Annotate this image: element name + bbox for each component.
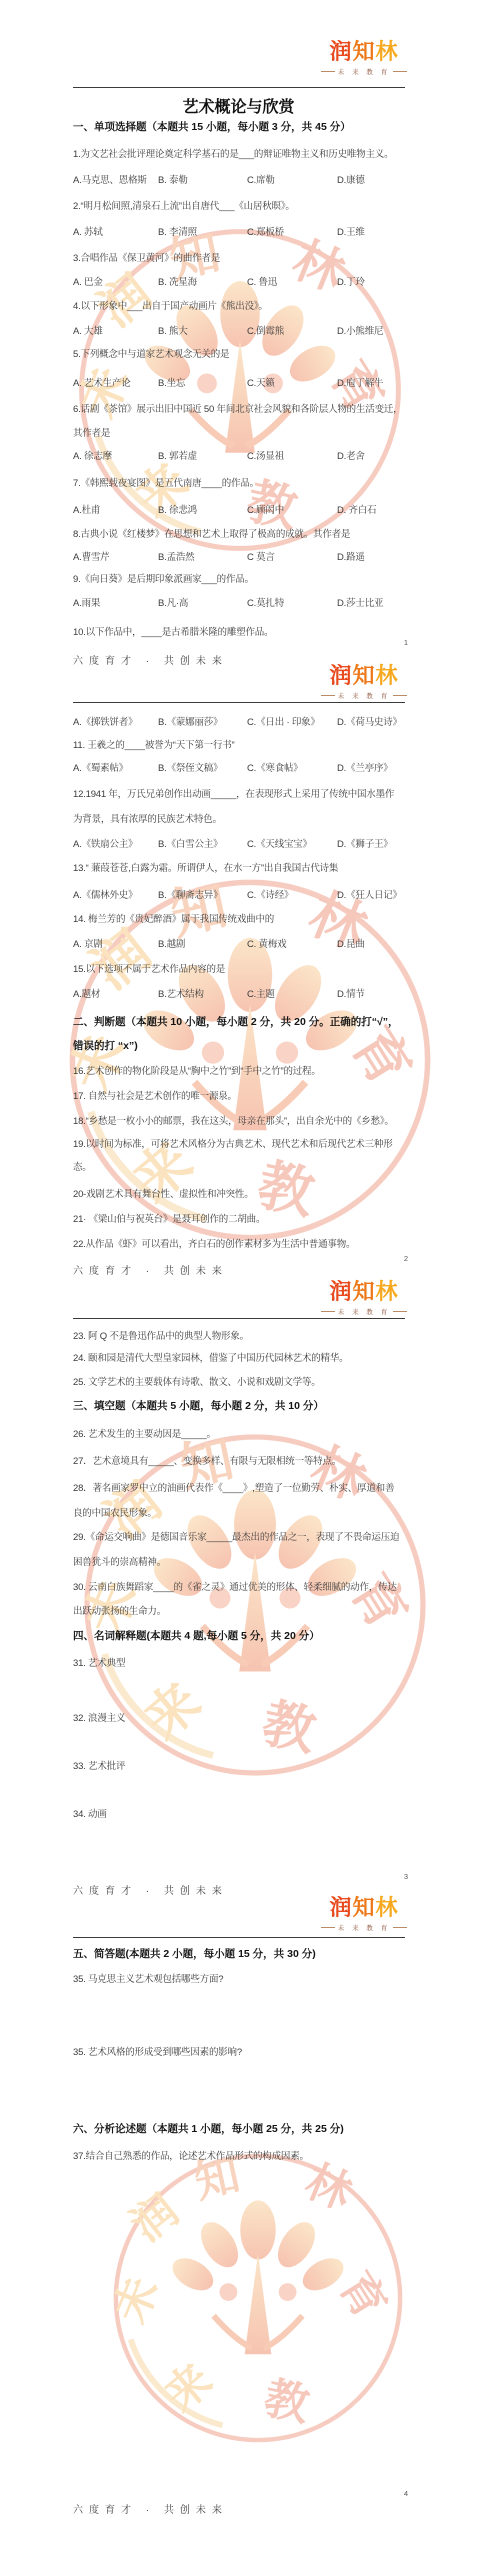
brand-logo: 润知林 未 来 教 育 — [308, 664, 420, 700]
question-22: 22.从作品《虾》可以看出，齐白石的创作素材多为生活中普通事物。 — [73, 1238, 407, 1251]
option-c: C.《诗经》 — [247, 889, 337, 902]
question-9: 9.《向日葵》是后期印象派画家___的作品。 — [73, 573, 407, 586]
option-d: D.《荷马史诗》 — [337, 716, 407, 729]
option-b: B.凡·高 — [158, 597, 247, 610]
question-5-options: A. 艺术生产论B.坐忘C.天籁D.庖丁解牛 — [73, 377, 407, 390]
brand-char: 知 — [352, 663, 375, 688]
option-c: C. 黄梅戏 — [247, 938, 337, 951]
tagline-dash — [321, 1311, 335, 1312]
tagline-dash — [393, 1311, 407, 1312]
question-2-options: A. 苏轼B. 李清照C.郑板桥D.王维 — [73, 226, 407, 239]
option-d: D.情节 — [337, 988, 407, 1001]
option-b: B. 熊大 — [158, 325, 247, 338]
option-a: A.雨果 — [73, 597, 158, 610]
option-b: B.艺术结构 — [158, 988, 247, 1001]
section-1-header: 一、单项选择题（本题共 15 小题，每小题 3 分，共 45 分） — [73, 121, 407, 134]
question-29-line2: 困兽犹斗的崇高精神。 — [73, 1556, 407, 1569]
question-17: 17. 自然与社会是艺术创作的唯一源泉。 — [73, 1090, 407, 1103]
page-number: 1 — [404, 638, 408, 647]
option-a: A.《儒林外史》 — [73, 889, 158, 902]
section-6-header: 六、分析论述题（本题共 1 小题，每小题 25 分，共 25 分) — [73, 2123, 407, 2136]
option-a: A. 苏轼 — [73, 226, 158, 239]
footer-slogan: 六度育才 · 共创未来 — [73, 2501, 228, 2516]
option-d: D.王维 — [337, 226, 407, 239]
header-rule — [73, 702, 405, 703]
footer-slogan: 六度育才 · 共创未来 — [73, 1882, 228, 1897]
question-1-options: A.马克思、恩格斯B. 泰勒C.席勒D.康德 — [73, 174, 407, 187]
option-b: B. 冼星海 — [158, 276, 247, 289]
header-rule — [73, 1937, 405, 1938]
option-a: A.马克思、恩格斯 — [73, 174, 158, 187]
tagline-dash — [393, 695, 407, 696]
footer-slogan: 六度育才 · 共创未来 — [73, 1262, 228, 1277]
option-d: D.康德 — [337, 174, 407, 187]
option-c: C.主题 — [247, 988, 337, 1001]
question-14-options: A. 京剧B.越剧C. 黄梅戏D.昆曲 — [73, 938, 407, 951]
option-a: A.题材 — [73, 988, 158, 1001]
section-2-header-line2: 错误的打 “x”) — [73, 1040, 407, 1053]
question-19-line1: 19.以时间为标准，可将艺术风格分为古典艺术、现代艺术和后现代艺术三种形 — [73, 1138, 407, 1151]
question-33: 33. 艺术批评 — [73, 1760, 407, 1773]
question-23: 23. 阿 Q 不是鲁迅作品中的典型人物形象。 — [73, 1330, 407, 1343]
question-9-options: A.雨果B.凡·高C.莫扎特D.莎士比亚 — [73, 597, 407, 610]
question-16: 16.艺术创作的物化阶段是从“胸中之竹”到“手中之竹”的过程。 — [73, 1065, 407, 1078]
brand-tagline: 未 来 教 育 — [308, 67, 420, 76]
option-b: B.坐忘 — [158, 377, 247, 390]
page-number: 4 — [404, 2489, 408, 2498]
brand-char: 林 — [376, 39, 399, 64]
option-a: A. 京剧 — [73, 938, 158, 951]
page-number: 2 — [404, 1254, 408, 1263]
brand-tagline: 未 来 教 育 — [308, 1307, 420, 1316]
question-28-line2: 良的中国农民形象。 — [73, 1507, 407, 1520]
option-d: D.《兰亭序》 — [337, 762, 407, 775]
watermark-char: 润 — [123, 2186, 188, 2252]
tagline-dash — [321, 1927, 335, 1928]
option-c: C.倒霉熊 — [247, 325, 337, 338]
option-d: D. 齐白石 — [337, 504, 407, 517]
question-4: 4.以下形象中___出自于国产动画片《熊出没》。 — [73, 300, 407, 313]
option-a: A.杜甫 — [73, 504, 158, 517]
brand-char: 林 — [376, 1279, 399, 1304]
section-5-header: 五、简答题(本题共 2 小题，每小题 15 分，共 30 分) — [73, 1948, 407, 1961]
option-d: D.丁玲 — [337, 276, 407, 289]
section-4-header: 四、名词解释题(本题共 4 题,每小题 5 分，共 20 分） — [73, 1630, 407, 1643]
question-10-options: A.《掷铁饼者》B.《蒙娜丽莎》C.《日出 · 印象》D.《荷马史诗》 — [73, 716, 407, 729]
tagline-dash — [321, 71, 335, 72]
brand-tagline-text: 未 来 教 育 — [338, 1923, 390, 1932]
option-d: D.昆曲 — [337, 938, 407, 951]
question-30-line1: 30. 云南白族舞蹈家____的《雀之灵》通过优美的形体、轻柔细腻的动作，传达 — [73, 1581, 407, 1594]
option-b: B.孟浩然 — [158, 551, 247, 564]
option-d: D.《狮子王》 — [337, 838, 407, 851]
question-6-line1: 6.话剧《茶馆》展示出旧中国近 50 年间北京社会风貌和各阶层人物的生活变迁， — [73, 403, 407, 416]
brand-logo: 润知林 未 来 教 育 — [308, 1896, 420, 1932]
question-32: 32. 浪漫主义 — [73, 1712, 407, 1725]
option-d: D.《狂人日记》 — [337, 889, 407, 902]
option-b: B.《白雪公主》 — [158, 838, 247, 851]
option-b: B.越剧 — [158, 938, 247, 951]
option-c: C.天籁 — [247, 377, 337, 390]
question-12-options: A.《铁扇公主》B.《白雪公主》C.《天线宝宝》D.《狮子王》 — [73, 838, 407, 851]
option-b: B.《聊斋志异》 — [158, 889, 247, 902]
question-28-line1: 28．著名画家罗中立的油画代表作《____》,塑造了一位勤劳、朴实、厚道和善 — [73, 1482, 407, 1495]
question-6-options: A. 徐志摩B. 郭若虚C.汤显祖D.老舍 — [73, 450, 407, 463]
brand-tagline-text: 未 来 教 育 — [338, 691, 390, 700]
brand-logo: 润知林 未 来 教 育 — [308, 1280, 420, 1316]
question-37: 37.结合自己熟悉的作品，论述艺术作品形式的构成因素。 — [73, 2150, 407, 2163]
option-b: B. 徐悲鸿 — [158, 504, 247, 517]
question-34: 34. 动画 — [73, 1808, 407, 1821]
brand-tagline-text: 未 来 教 育 — [338, 67, 390, 76]
question-20: 20-戏剧艺术具有舞台性、虚拟性和冲突性。 — [73, 1188, 407, 1201]
option-b: B.《祭侄文稿》 — [158, 762, 247, 775]
page-title: 艺术概论与欣赏 — [0, 94, 477, 117]
question-36: 35. 艺术风格的形成受到哪些因素的影响? — [73, 2046, 407, 2059]
option-d: D.小熊维尼 — [337, 325, 407, 338]
watermark-char: 教 — [257, 1694, 321, 1763]
page-number: 3 — [404, 1872, 408, 1881]
brand-char: 润 — [329, 39, 352, 64]
tagline-dash — [393, 71, 407, 72]
option-c: C.汤显祖 — [247, 450, 337, 463]
question-18: 18.“乡愁是一枚小小的邮票，我在这头，母亲在那头”，出自余光中的《乡愁》。 — [73, 1115, 407, 1128]
question-2: 2.“明月松间照,清泉石上流”出自唐代___《山居秋暝》。 — [73, 200, 407, 213]
question-15: 15.以下选项不属于艺术作品内容的是 — [73, 963, 407, 976]
brand-char: 润 — [329, 1895, 352, 1920]
brand-logo-text: 润知林 — [308, 1280, 420, 1304]
brand-char: 知 — [352, 1895, 375, 1920]
option-d: D.莎士比亚 — [337, 597, 407, 610]
option-c: C.莫扎特 — [247, 597, 337, 610]
question-12-line2: 为背景，具有浓厚的民族艺术特色。 — [73, 813, 407, 826]
option-d: D.路遥 — [337, 551, 407, 564]
question-30-line2: 出跃动张扬的生命力。 — [73, 1605, 407, 1618]
question-24: 24. 颐和园是清代大型皇家园林，借鉴了中国历代园林艺术的精华。 — [73, 1352, 407, 1365]
option-c: C.《寒食帖》 — [247, 762, 337, 775]
header-rule — [73, 1318, 405, 1319]
brand-char: 润 — [329, 663, 352, 688]
question-13-options: A.《儒林外史》B.《聊斋志异》C.《诗经》D.《狂人日记》 — [73, 889, 407, 902]
question-11: 11. 王羲之的____被誉为“天下第一行书” — [73, 739, 407, 752]
watermark-char: 来 — [156, 2355, 222, 2421]
option-b: B. 李清照 — [158, 226, 247, 239]
option-d: D.老舍 — [337, 450, 407, 463]
tagline-dash — [321, 695, 335, 696]
option-c: C.席勒 — [247, 174, 337, 187]
tagline-dash — [393, 1927, 407, 1928]
option-a: A.《掷铁饼者》 — [73, 716, 158, 729]
question-8-options: A.曹雪芹B.孟浩然C 莫言D.路遥 — [73, 551, 407, 564]
option-d: D.庖丁解牛 — [337, 377, 407, 390]
option-c: C.郑板桥 — [247, 226, 337, 239]
brand-char: 林 — [376, 1895, 399, 1920]
option-a: A.《蜀素帖》 — [73, 762, 158, 775]
brand-logo-text: 润知林 — [308, 1896, 420, 1920]
question-3-options: A. 巴金B. 冼星海C. 鲁迅D.丁玲 — [73, 276, 407, 289]
question-11-options: A.《蜀素帖》B.《祭侄文稿》C.《寒食帖》D.《兰亭序》 — [73, 762, 407, 775]
option-a: A.《铁扇公主》 — [73, 838, 158, 851]
question-1: 1.为文艺社会批评理论奠定科学基石的是___的辩证唯物主义和历史唯物主义。 — [73, 148, 407, 161]
option-b: B. 泰勒 — [158, 174, 247, 187]
option-a: A. 艺术生产论 — [73, 377, 158, 390]
brand-logo: 润知林 未 来 教 育 — [308, 40, 420, 76]
question-21: 21· 《梁山伯与祝英台》是聂耳创作的二胡曲。 — [73, 1213, 407, 1226]
brand-tagline: 未 来 教 育 — [308, 1923, 420, 1932]
watermark-char: 教 — [260, 2374, 314, 2431]
option-b: B.《蒙娜丽莎》 — [158, 716, 247, 729]
question-7-options: A.杜甫B. 徐悲鸿C.顾闳中D. 齐白石 — [73, 504, 407, 517]
option-c: C.《天线宝宝》 — [247, 838, 337, 851]
header-rule — [73, 87, 405, 88]
question-25: 25. 文学艺术的主要载体有诗歌、散文、小说和戏剧文学等。 — [73, 1376, 407, 1389]
question-13: 13.“ 蒹葭苍苍,白露为霜。所谓伊人，在水一方”出自我国古代诗集 — [73, 862, 407, 875]
option-c: C.顾闳中 — [247, 504, 337, 517]
question-8: 8.古典小说《红楼梦》在思想和艺术上取得了极高的成就。其作者是 — [73, 528, 407, 541]
question-4-options: A. 大雄B. 熊大C.倒霉熊D.小熊维尼 — [73, 325, 407, 338]
option-a: A. 徐志摩 — [73, 450, 158, 463]
option-c: C 莫言 — [247, 551, 337, 564]
section-3-header: 三、填空题（本题共 5 小题，每小题 2 分，共 10 分） — [73, 1400, 407, 1413]
brand-tagline: 未 来 教 育 — [308, 691, 420, 700]
question-5: 5.下列概念中与道家艺术观念无关的是 — [73, 348, 407, 361]
brand-char: 知 — [352, 39, 375, 64]
option-a: A. 大雄 — [73, 325, 158, 338]
exam-document: 润 知 林 育 教 来 未 润 知 林 育 教 来 未 — [0, 0, 477, 2560]
option-a: A. 巴金 — [73, 276, 158, 289]
question-27: 27．艺术意境具有_____、变换多样、有限与无限相统一等特点。 — [73, 1455, 407, 1468]
brand-logo-text: 润知林 — [308, 664, 420, 688]
brand-char: 林 — [376, 663, 399, 688]
option-c: C.《日出 · 印象》 — [247, 716, 337, 729]
question-12-line1: 12.1941 年，万氏兄弟创作出动画_____，在表现形式上采用了传统中国水墨… — [73, 788, 407, 801]
brand-char: 润 — [329, 1279, 352, 1304]
watermark-char: 来 — [134, 1671, 212, 1750]
section-2-header-line1: 二、判断题（本题共 10 小题，每小题 2 分，共 20 分。正确的打“√”， — [73, 1016, 407, 1029]
question-14: 14. 梅兰芳的《贵妃醉酒》属于我国传统戏曲中的 — [73, 913, 407, 926]
option-b: B. 郭若虚 — [158, 450, 247, 463]
question-31: 31. 艺术典型 — [73, 1657, 407, 1670]
brand-tagline-text: 未 来 教 育 — [338, 1307, 390, 1316]
question-7: 7.《韩熙载夜宴图》是五代南唐____的作品。 — [73, 477, 407, 490]
question-15-options: A.题材B.艺术结构C.主题D.情节 — [73, 988, 407, 1001]
brand-char: 知 — [352, 1279, 375, 1304]
question-35: 35. 马克思主义艺术观包括哪些方面? — [73, 1973, 407, 1986]
footer-slogan: 六度育才 · 共创未来 — [73, 652, 228, 667]
question-29-line1: 29.《命运交响曲》是德国音乐家_____最杰出的作品之一，表现了不畏命运压迫 — [73, 1531, 407, 1544]
question-26: 26. 艺术发生的主要动因是_____。 — [73, 1428, 407, 1441]
option-a: A.曹雪芹 — [73, 551, 158, 564]
option-c: C. 鲁迅 — [247, 276, 337, 289]
question-10: 10.以下作品中，____是古希腊米隆的雕塑作品。 — [73, 626, 407, 639]
question-19-line2: 态。 — [73, 1161, 407, 1174]
brand-logo-text: 润知林 — [308, 40, 420, 64]
question-3: 3.合唱作品《保卫黄河》的曲作者是 — [73, 252, 407, 265]
question-6-line2: 其作者是 — [73, 427, 407, 440]
watermark-seal: 润 知 林 育 教 来 未 — [110, 2150, 406, 2446]
